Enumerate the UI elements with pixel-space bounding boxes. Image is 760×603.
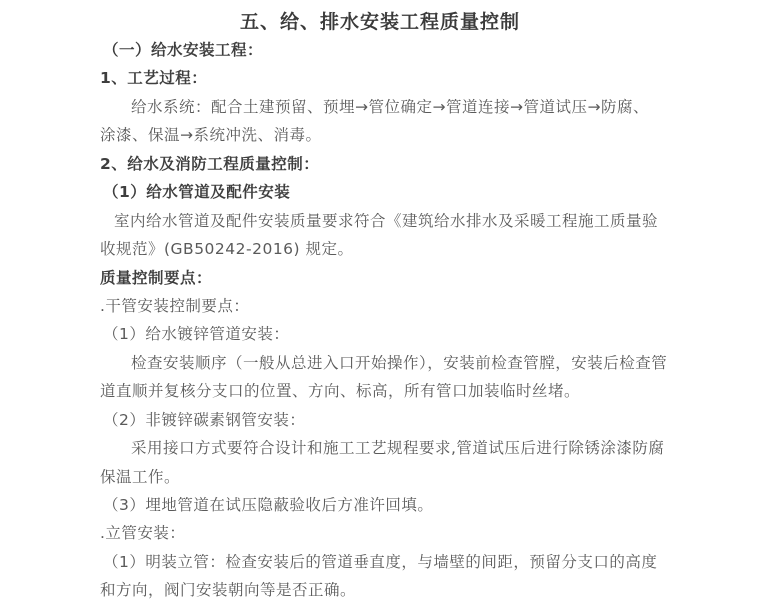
body-line: 采用接口方式要符合设计和施工工艺规程要求,管道试压后进行除锈涂漆防腐 [100,434,666,462]
sub-heading: 质量控制要点： [100,264,666,292]
body-line: 给水系统：配合土建预留、预埋→管位确定→管道连接→管道试压→防腐、 [100,93,666,121]
document-body: （一）给水安装工程： 1、工艺过程： 给水系统：配合土建预留、预埋→管位确定→管… [100,36,666,603]
body-line: （3）埋地管道在试压隐蔽验收后方准许回填。 [100,491,666,519]
section-heading: （一）给水安装工程： [100,36,666,64]
body-line: 收规范》(GB50242-2016) 规定。 [100,235,666,263]
body-line: 检查安装顺序（一般从总进入口开始操作），安装前检查管膛，安装后检查管 [100,349,666,377]
body-line: 涂漆、保温→系统冲洗、消毒。 [100,121,666,149]
numbered-heading: 2、给水及消防工程质量控制： [100,150,666,178]
body-line: 保温工作。 [100,463,666,491]
body-line: 室内给水管道及配件安装质量要求符合《建筑给水排水及采暖工程施工质量验 [100,207,666,235]
document-page: 五、给、排水安装工程质量控制 （一）给水安装工程： 1、工艺过程： 给水系统：配… [0,0,760,603]
body-line: （1）给水镀锌管道安装： [100,320,666,348]
body-line: （2）非镀锌碳素钢管安装： [100,406,666,434]
numbered-heading: 1、工艺过程： [100,64,666,92]
body-line: 道直顺并复核分支口的位置、方向、标高，所有管口加装临时丝堵。 [100,377,666,405]
body-line: .干管安装控制要点： [100,292,666,320]
sub-heading: （1）给水管道及配件安装 [100,178,666,206]
body-line: 和方向，阀门安装朝向等是否正确。 [100,576,666,603]
document-title: 五、给、排水安装工程质量控制 [0,7,760,34]
body-line: （1）明装立管：检查安装后的管道垂直度，与墙壁的间距，预留分支口的高度 [100,548,666,576]
body-line: .立管安装： [100,519,666,547]
